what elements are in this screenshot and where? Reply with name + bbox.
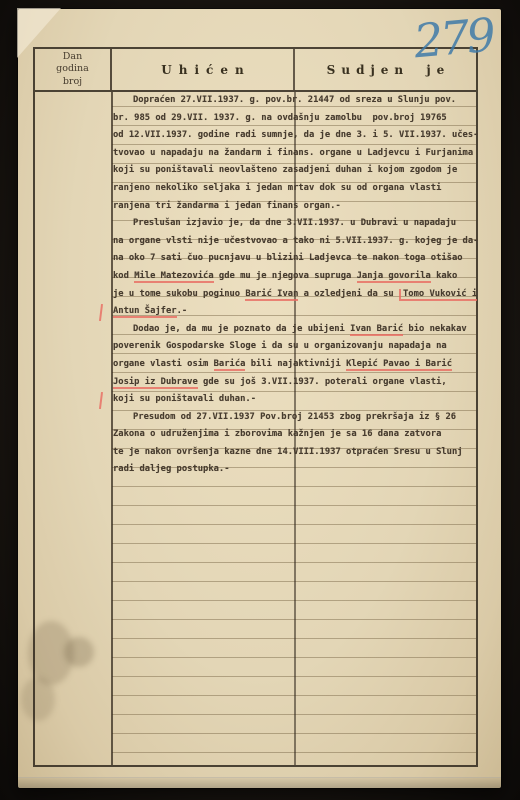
table-body: Dopraćen 27.VII.1937. g. pov.br. 21447 o…	[35, 92, 476, 765]
typed-line: na organe vlsti nije učestvovao a tako n…	[113, 233, 481, 251]
typed-line: radi daljeg postupka.-	[113, 461, 481, 479]
typed-line: Josip iz Dubrave gde su još 3.VII.1937. …	[113, 374, 481, 392]
document-page: 279 Dan godina broj Uhićen Sudjen je Dop…	[18, 9, 501, 788]
typed-text: Zakona o udruženjima i zborovima kažnjen…	[113, 429, 441, 439]
typed-text: kako	[431, 271, 457, 281]
red-underlined-text: Klepić Pavao i Barić	[346, 359, 452, 371]
typed-line: te je nakon ovršenja kazne dne 14.VIII.1…	[113, 444, 481, 462]
typed-text: poverenik Gospodarske Sloge i da su u or…	[113, 341, 447, 351]
typed-line: je u tome sukobu poginuo Barić Ivan a oz…	[113, 286, 481, 304]
typed-text: .-	[177, 306, 188, 316]
red-underlined-text: Janja govorila	[357, 271, 431, 283]
header-cell-uhicen: Uhićen	[112, 49, 295, 90]
red-margin-mark	[99, 304, 103, 321]
typed-text-block: Dopraćen 27.VII.1937. g. pov.br. 21447 o…	[113, 92, 481, 479]
typed-line: koji su poništavali neovlašteno zasadjen…	[113, 162, 481, 180]
typed-text: Dopraćen 27.VII.1937. g. pov.br. 21447 o…	[133, 95, 456, 105]
typed-text: organe vlasti osim	[113, 359, 214, 369]
typed-text: te je nakon ovršenja kazne dne 14.VIII.1…	[113, 447, 463, 457]
header-label-broj: broj	[63, 76, 82, 88]
typed-text: koji su poništavali duhan.-	[113, 394, 256, 404]
typed-line: Zakona o udruženjima i zborovima kažnjen…	[113, 426, 481, 444]
table-header-row: Dan godina broj Uhićen Sudjen je	[35, 49, 476, 92]
typed-line: poverenik Gospodarske Sloge i da su u or…	[113, 338, 481, 356]
typed-text: na organe vlsti nije učestvovao a tako n…	[113, 236, 478, 246]
typed-text: Dodao je, da mu je poznato da je ubijeni	[133, 324, 350, 334]
typed-line: Antun Šajfer.-	[113, 303, 481, 321]
typed-line: ranjeno nekoliko seljaka i jedan mrtav d…	[113, 180, 481, 198]
header-label-dan: Dan	[63, 51, 82, 63]
typed-text: gde mu je njegova supruga	[214, 271, 357, 281]
red-margin-mark	[99, 392, 103, 409]
typed-text: bio nekakav	[403, 324, 467, 334]
header-cell-dan-godina-broj: Dan godina broj	[35, 49, 112, 90]
typed-line: koji su poništavali duhan.-	[113, 391, 481, 409]
typed-line: kod Mile Matezovića gde mu je njegova su…	[113, 268, 481, 286]
typed-text: tvovao u napadaju na žandarm i finans. o…	[113, 148, 473, 158]
typed-line: Preslušan izjavio je, da dne 3.VII.1937.…	[113, 215, 481, 233]
typed-text: Preslušan izjavio je, da dne 3.VII.1937.…	[133, 218, 456, 228]
typed-text: radi daljeg postupka.-	[113, 464, 230, 474]
red-underlined-text: Tomo Vuković i	[399, 289, 477, 301]
typed-text: koji su poništavali neovlašteno zasadjen…	[113, 165, 457, 175]
typed-line: ranjena tri žandarma i jedan finans orga…	[113, 198, 481, 216]
typed-line: na oko 7 sati čuo pucnjavu u blizini Lad…	[113, 250, 481, 268]
typed-line: Dopraćen 27.VII.1937. g. pov.br. 21447 o…	[113, 92, 481, 110]
typed-line: Dodao je, da mu je poznato da je ubijeni…	[113, 321, 481, 339]
typed-text: ranjena tri žandarma i jedan finans orga…	[113, 201, 341, 211]
header-label-godina: godina	[56, 63, 89, 75]
typed-line: organe vlasti osim Barića bili najaktivn…	[113, 356, 481, 374]
red-underlined-text: Barića	[214, 359, 246, 371]
typed-line: br. 985 od 29.VII. 1937. g. na ovdašnju …	[113, 110, 481, 128]
typed-line: tvovao u napadaju na žandarm i finans. o…	[113, 145, 481, 163]
red-underlined-text: Mile Matezovića	[134, 271, 213, 283]
typed-text: Presudom od 27.VII.1937 Pov.broj 21453 z…	[133, 412, 456, 422]
typed-text: gde su još 3.VII.1937. poterali organe v…	[198, 377, 447, 387]
typed-line: od 12.VII.1937. godine radi sumnje, da j…	[113, 127, 481, 145]
typed-text: bili najaktivniji	[245, 359, 346, 369]
typed-text: od 12.VII.1937. godine radi sumnje, da j…	[113, 130, 478, 140]
red-underlined-text: Josip iz Dubrave	[113, 377, 198, 389]
red-underlined-text: Ivan Barić	[350, 324, 403, 336]
typed-text: na oko 7 sati čuo pucnjavu u blizini Lad…	[113, 253, 463, 263]
photo-background: 279 Dan godina broj Uhićen Sudjen je Dop…	[0, 0, 520, 800]
typed-text: kod	[113, 271, 134, 281]
typed-text: ranjeno nekoliko seljaka i jedan mrtav d…	[113, 183, 441, 193]
table-frame: Dan godina broj Uhićen Sudjen je Dopraće…	[33, 47, 478, 767]
red-underlined-text: Antun Šajfer	[113, 306, 177, 318]
typed-text: je u tome sukobu poginuo	[113, 289, 245, 299]
red-underlined-text: Barić Ivan	[245, 289, 298, 301]
typed-text: a ozledjeni da su	[298, 289, 399, 299]
typed-text: br. 985 od 29.VII. 1937. g. na ovdašnju …	[113, 113, 447, 123]
paper-bottom-fold	[18, 777, 501, 788]
typed-line: Presudom od 27.VII.1937 Pov.broj 21453 z…	[113, 409, 481, 427]
handwritten-page-number: 279	[412, 8, 495, 69]
